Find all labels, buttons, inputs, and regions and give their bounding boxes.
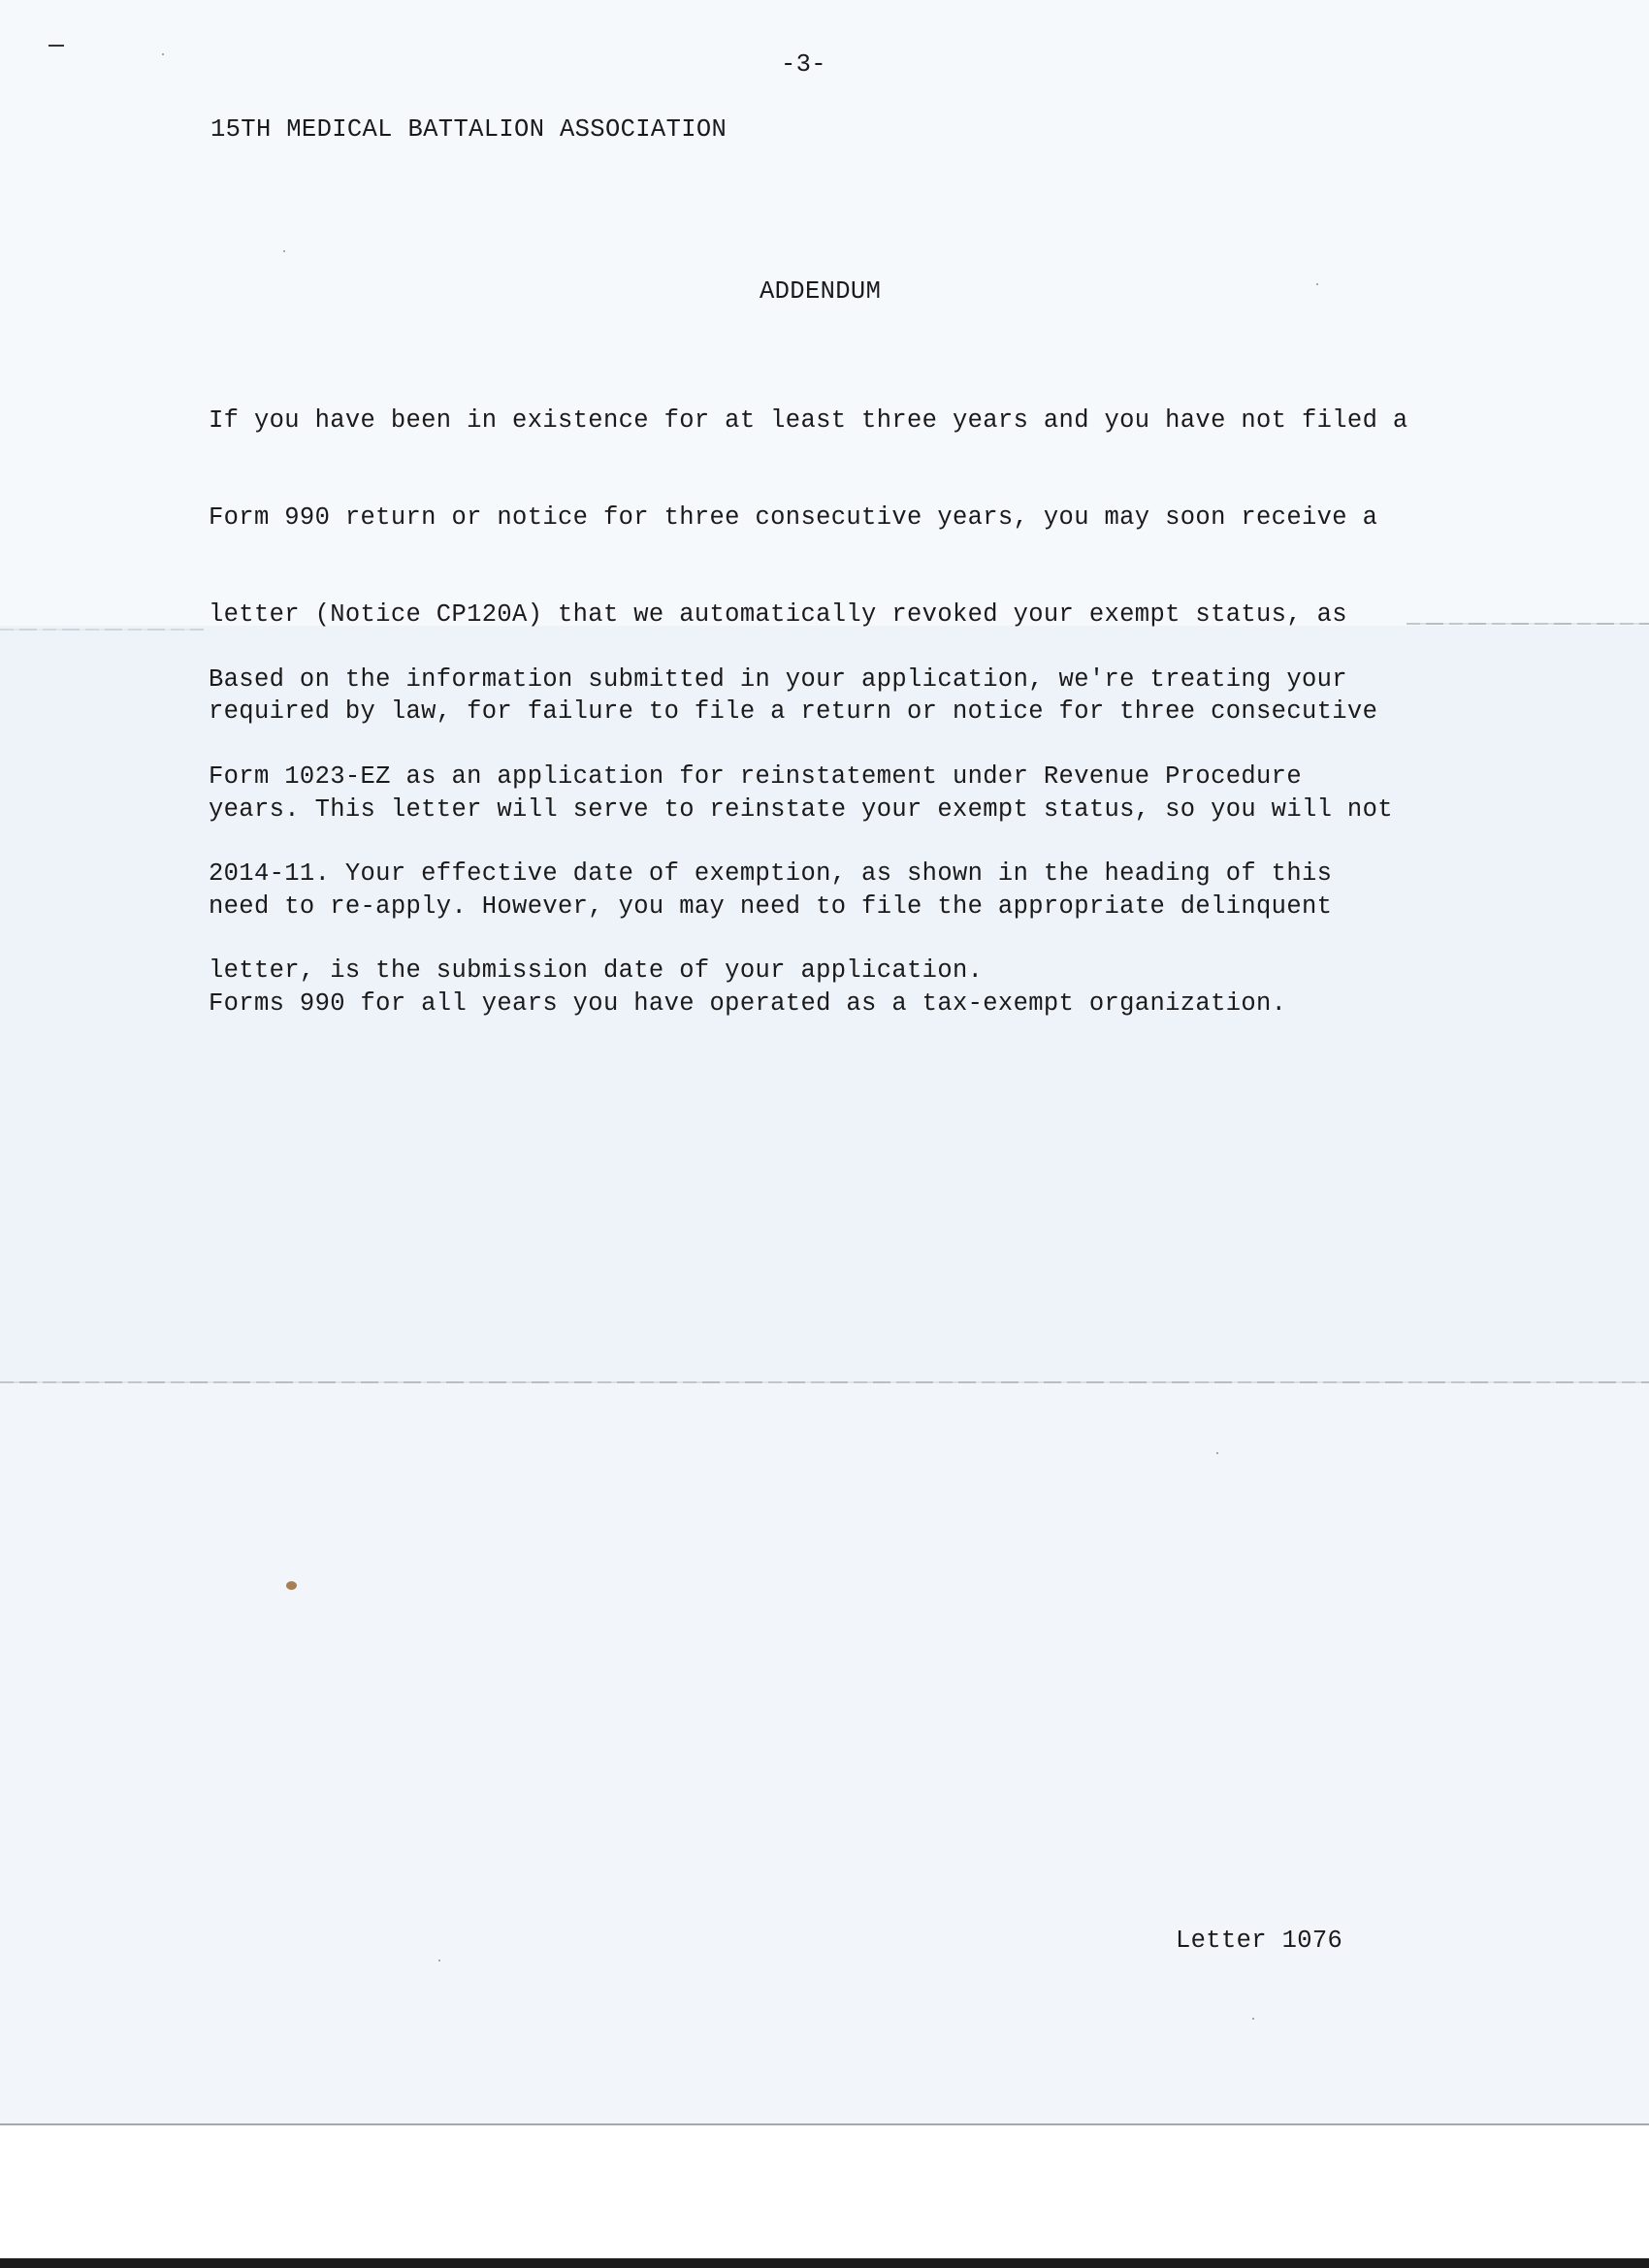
paper-stain bbox=[286, 1581, 297, 1590]
scanned-page: -3- 15TH MEDICAL BATTALION ASSOCIATION A… bbox=[0, 0, 1649, 2258]
paragraph-line: Form 990 return or notice for three cons… bbox=[209, 502, 1408, 534]
addendum-heading: ADDENDUM bbox=[760, 275, 881, 308]
fold-line bbox=[0, 1381, 1649, 1383]
page-panel-lower bbox=[0, 1382, 1649, 2124]
letter-identifier: Letter 1076 bbox=[1176, 1925, 1342, 1957]
paper-speck bbox=[162, 53, 164, 55]
fold-line bbox=[1406, 623, 1649, 625]
paragraph-line: Based on the information submitted in yo… bbox=[209, 664, 1347, 696]
scanner-edge bbox=[0, 2258, 1649, 2268]
paragraph-line: Form 1023-EZ as an application for reins… bbox=[209, 761, 1347, 793]
paragraph-line: If you have been in existence for at lea… bbox=[209, 405, 1408, 437]
paper-speck bbox=[283, 250, 285, 252]
page-number: -3- bbox=[781, 49, 826, 81]
paper-speck bbox=[1216, 1452, 1218, 1454]
corner-mark bbox=[48, 45, 64, 47]
paper-speck bbox=[1316, 283, 1318, 285]
paper-speck bbox=[438, 1960, 440, 1961]
paper-speck bbox=[1252, 2018, 1254, 2020]
fold-line bbox=[0, 2123, 1649, 2125]
page-panel-bottom bbox=[0, 2124, 1649, 2258]
paragraph-2: Based on the information submitted in yo… bbox=[209, 599, 1347, 1053]
paragraph-line: 2014-11. Your effective date of exemptio… bbox=[209, 858, 1347, 890]
paragraph-line: letter, is the submission date of your a… bbox=[209, 955, 1347, 987]
organization-name: 15TH MEDICAL BATTALION ASSOCIATION bbox=[210, 113, 727, 146]
fold-line bbox=[0, 629, 204, 631]
